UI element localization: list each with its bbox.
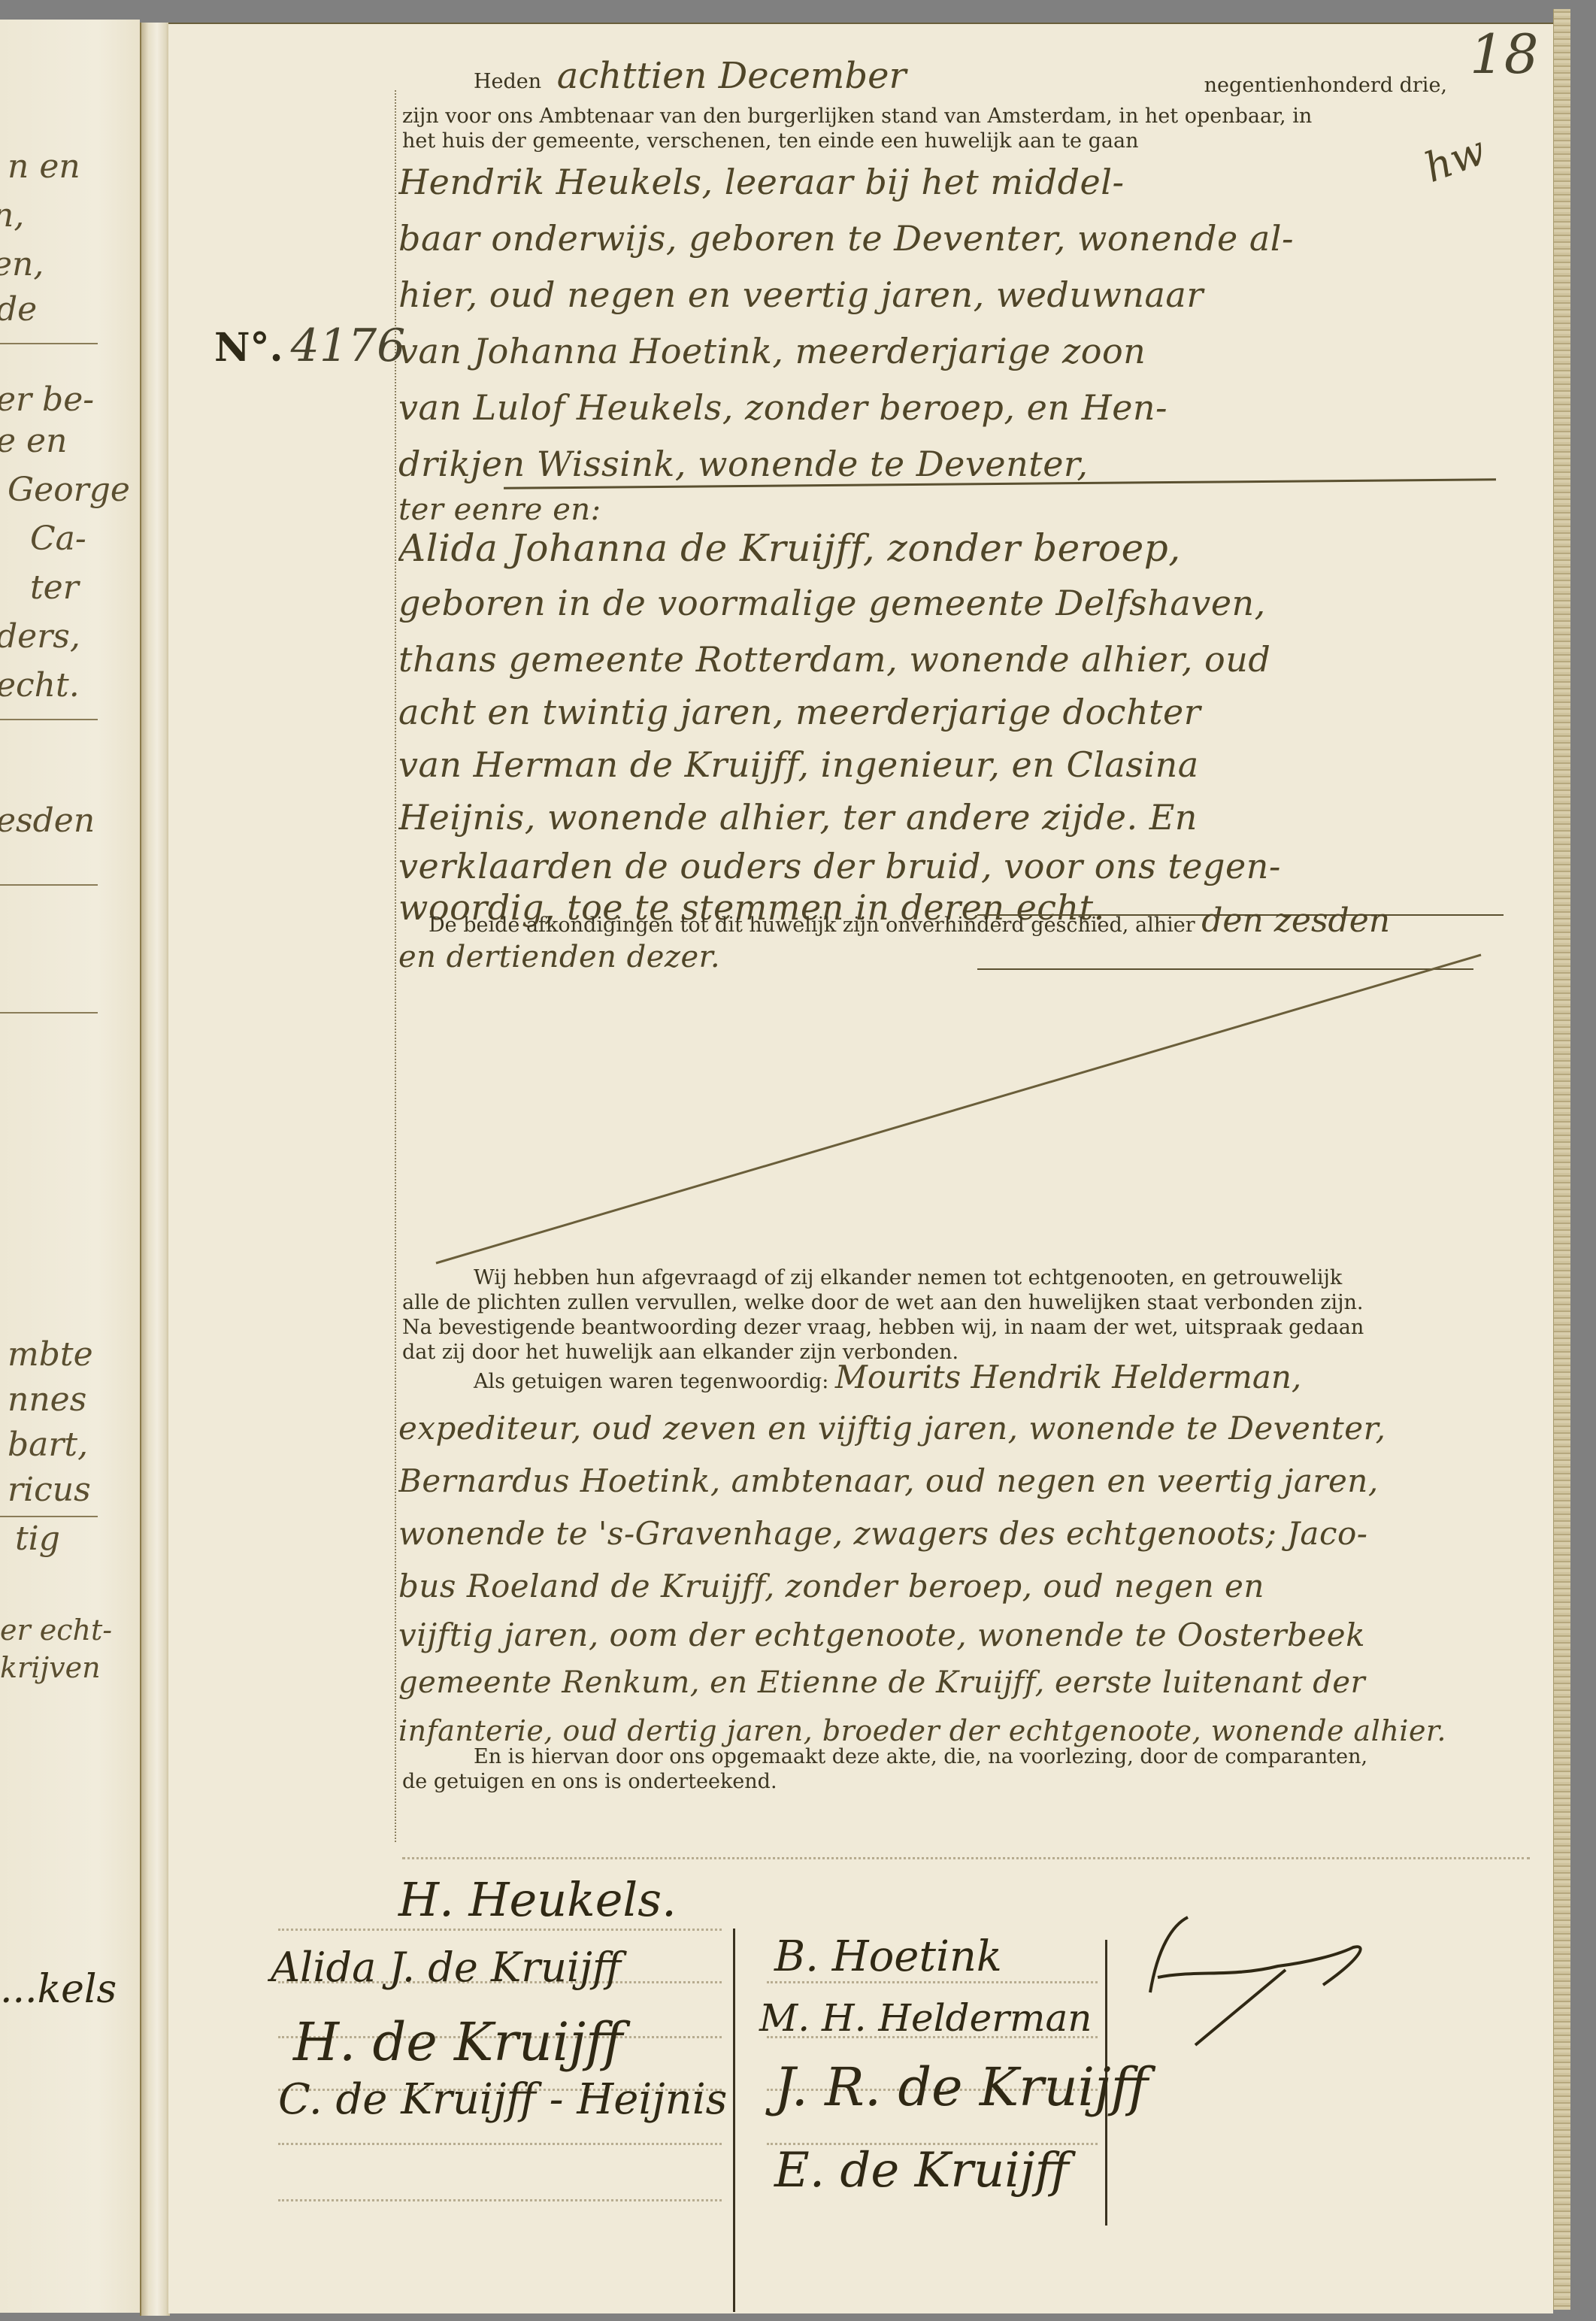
left-script-fragment: n en	[8, 147, 80, 186]
signature-dotted-line	[278, 2199, 722, 2201]
signature-bride: Alida J. de Kruijff	[271, 1944, 621, 1991]
proclamations-line: De beide afkondigingen tot dit huwelijk …	[429, 908, 1526, 938]
signature-dotted-line	[402, 1857, 1530, 1859]
signature-official-paraph	[1128, 1902, 1376, 2053]
closing-text: En is hiervan door ons opgemaakt deze ak…	[474, 1745, 1367, 1768]
witness-line: vijftig jaren, oom der echtgenoote, wone…	[398, 1617, 1534, 1653]
groom-line: ter eenre en:	[398, 492, 1534, 527]
intro-line-1: Heden achttien December negentienhonderd…	[402, 64, 1447, 98]
left-script-fragment: ter	[30, 568, 79, 607]
signature-dotted-line	[278, 2143, 722, 2145]
year-printed: negentienhonderd drie,	[1204, 73, 1447, 98]
left-script-fragment: nnes	[8, 1380, 86, 1419]
left-script-fragment: mbte	[8, 1335, 93, 1374]
bride-line: van Herman de Kruijff, ingenieur, en Cla…	[398, 744, 1534, 785]
heden-label: Heden	[474, 70, 541, 93]
bride-line: Alida Johanna de Kruijff, zonder beroep,	[398, 526, 1534, 570]
bride-line: Heijnis, wonende alhier, ter andere zijd…	[398, 797, 1534, 838]
proclamations-hand-1: den zesden	[1201, 901, 1390, 940]
left-script-fragment: tig	[15, 1520, 60, 1558]
left-signature-fragment: ...kels	[0, 1967, 117, 2012]
left-script-fragment: en,	[0, 245, 44, 283]
left-script-fragment: ricus	[8, 1471, 91, 1509]
page-edge	[1553, 9, 1570, 2310]
left-script-fragment: Ca-	[30, 520, 86, 558]
signature-mother: C. de Kruijff - Heijnis	[278, 2075, 727, 2124]
witness-line: wonende te 's-Gravenhage, zwagers des ec…	[398, 1515, 1534, 1552]
left-script-fragment: de	[0, 290, 37, 329]
vows-text: Wij hebben hun afgevraagd of zij elkande…	[474, 1266, 1342, 1289]
witness-first-name: Mourits Hendrik Helderman,	[835, 1359, 1301, 1395]
vows-line-2: alle de plichten zullen vervullen, welke…	[402, 1290, 1447, 1315]
left-script-fragment: ders,	[0, 617, 80, 656]
left-rule	[0, 1516, 98, 1517]
signature-groom: H. Heukels.	[398, 1872, 677, 1927]
left-script-fragment: bart,	[8, 1426, 88, 1464]
left-script-fragment: er echt-	[0, 1613, 112, 1647]
left-rule	[0, 719, 98, 720]
vows-line-1: Wij hebben hun afgevraagd of zij elkande…	[402, 1265, 1447, 1290]
left-script-fragment: n,	[0, 196, 24, 235]
proclamations-printed: De beide afkondigingen tot dit huwelijk …	[429, 914, 1195, 937]
groom-line: Hendrik Heukels, leeraar bij het middel-	[398, 162, 1534, 202]
left-script-fragment: echt.	[0, 666, 80, 704]
left-script-fragment: e en	[0, 422, 67, 460]
signature-witness-1: B. Hoetink	[774, 1932, 1002, 1981]
left-script-fragment: George	[8, 471, 130, 509]
bride-line: verklaarden de ouders der bruid, voor on…	[398, 846, 1534, 886]
closing-line-1: En is hiervan door ons opgemaakt deze ak…	[402, 1744, 1447, 1769]
left-page: ie, in n en n, en, de er be- e en George…	[0, 20, 140, 2313]
witness-line: expediteur, oud zeven en vijftig jaren, …	[398, 1410, 1534, 1447]
signature-witness-3: J. R. de Kruijff	[774, 2056, 1148, 2118]
groom-line: baar onderwijs, geboren te Deventer, won…	[398, 218, 1534, 259]
groom-line: van Johanna Hoetink, meerderjarige zoon	[398, 331, 1534, 371]
folio-number: 18	[1470, 23, 1539, 86]
closing-line-2: de getuigen en ons is onderteekend.	[402, 1769, 1447, 1794]
signature-bracket	[733, 1929, 735, 2312]
book-gutter	[140, 23, 170, 2316]
signature-dotted-line	[767, 1981, 1098, 1983]
cancellation-diagonal-line	[429, 944, 1526, 1267]
groom-line: drikjen Wissink, wonende te Deventer,	[398, 444, 1534, 484]
acte-number: N°.4176	[214, 320, 405, 372]
left-rule	[0, 1012, 98, 1014]
vows-line-3: Na bevestigende beantwoording dezer vraa…	[402, 1315, 1447, 1340]
acte-label: N°.	[214, 325, 283, 371]
intro-line-3: het huis der gemeente, verschenen, ten e…	[402, 129, 1447, 153]
groom-line: van Lulof Heukels, zonder beroep, en Hen…	[398, 387, 1534, 428]
acte-number-value: 4176	[291, 320, 406, 372]
witness-line: infanterie, oud dertig jaren, broeder de…	[398, 1714, 1534, 1747]
witness-label: Als getuigen waren tegenwoordig:	[474, 1370, 828, 1393]
bride-line: acht en twintig jaren, meerderjarige doc…	[398, 692, 1534, 732]
left-script-fragment: esden	[0, 801, 95, 840]
signature-area: H. Heukels. Alida J. de Kruijff H. de Kr…	[248, 1857, 1549, 2308]
groom-line: hier, oud negen en veertig jaren, weduwn…	[398, 274, 1534, 315]
left-rule	[0, 343, 98, 344]
signature-witness-2: M. H. Helderman	[759, 1996, 1092, 2040]
bride-line: geboren in de voormalige gemeente Delfsh…	[398, 583, 1534, 623]
signature-dotted-line	[278, 1929, 722, 1931]
witness-line: bus Roeland de Kruijff, zonder beroep, o…	[398, 1568, 1534, 1604]
signature-witness-4: E. de Kruijff	[774, 2143, 1069, 2198]
left-rule	[0, 884, 98, 886]
witness-line: gemeente Renkum, en Etienne de Kruijff, …	[398, 1665, 1534, 1700]
date-handwritten: achttien December	[557, 55, 907, 97]
bride-line: thans gemeente Rotterdam, wonende alhier…	[398, 639, 1534, 680]
witness-line: Bernardus Hoetink, ambtenaar, oud negen …	[398, 1462, 1534, 1499]
left-script-fragment: er be-	[0, 380, 94, 419]
left-script-fragment: krijven	[0, 1651, 101, 1684]
intro-line-2: zijn voor ons Ambtenaar van den burgerli…	[402, 104, 1447, 129]
witness-intro-line: Als getuigen waren tegenwoordig: Mourits…	[402, 1365, 1530, 1394]
signature-father: H. de Kruijff	[293, 2011, 623, 2073]
